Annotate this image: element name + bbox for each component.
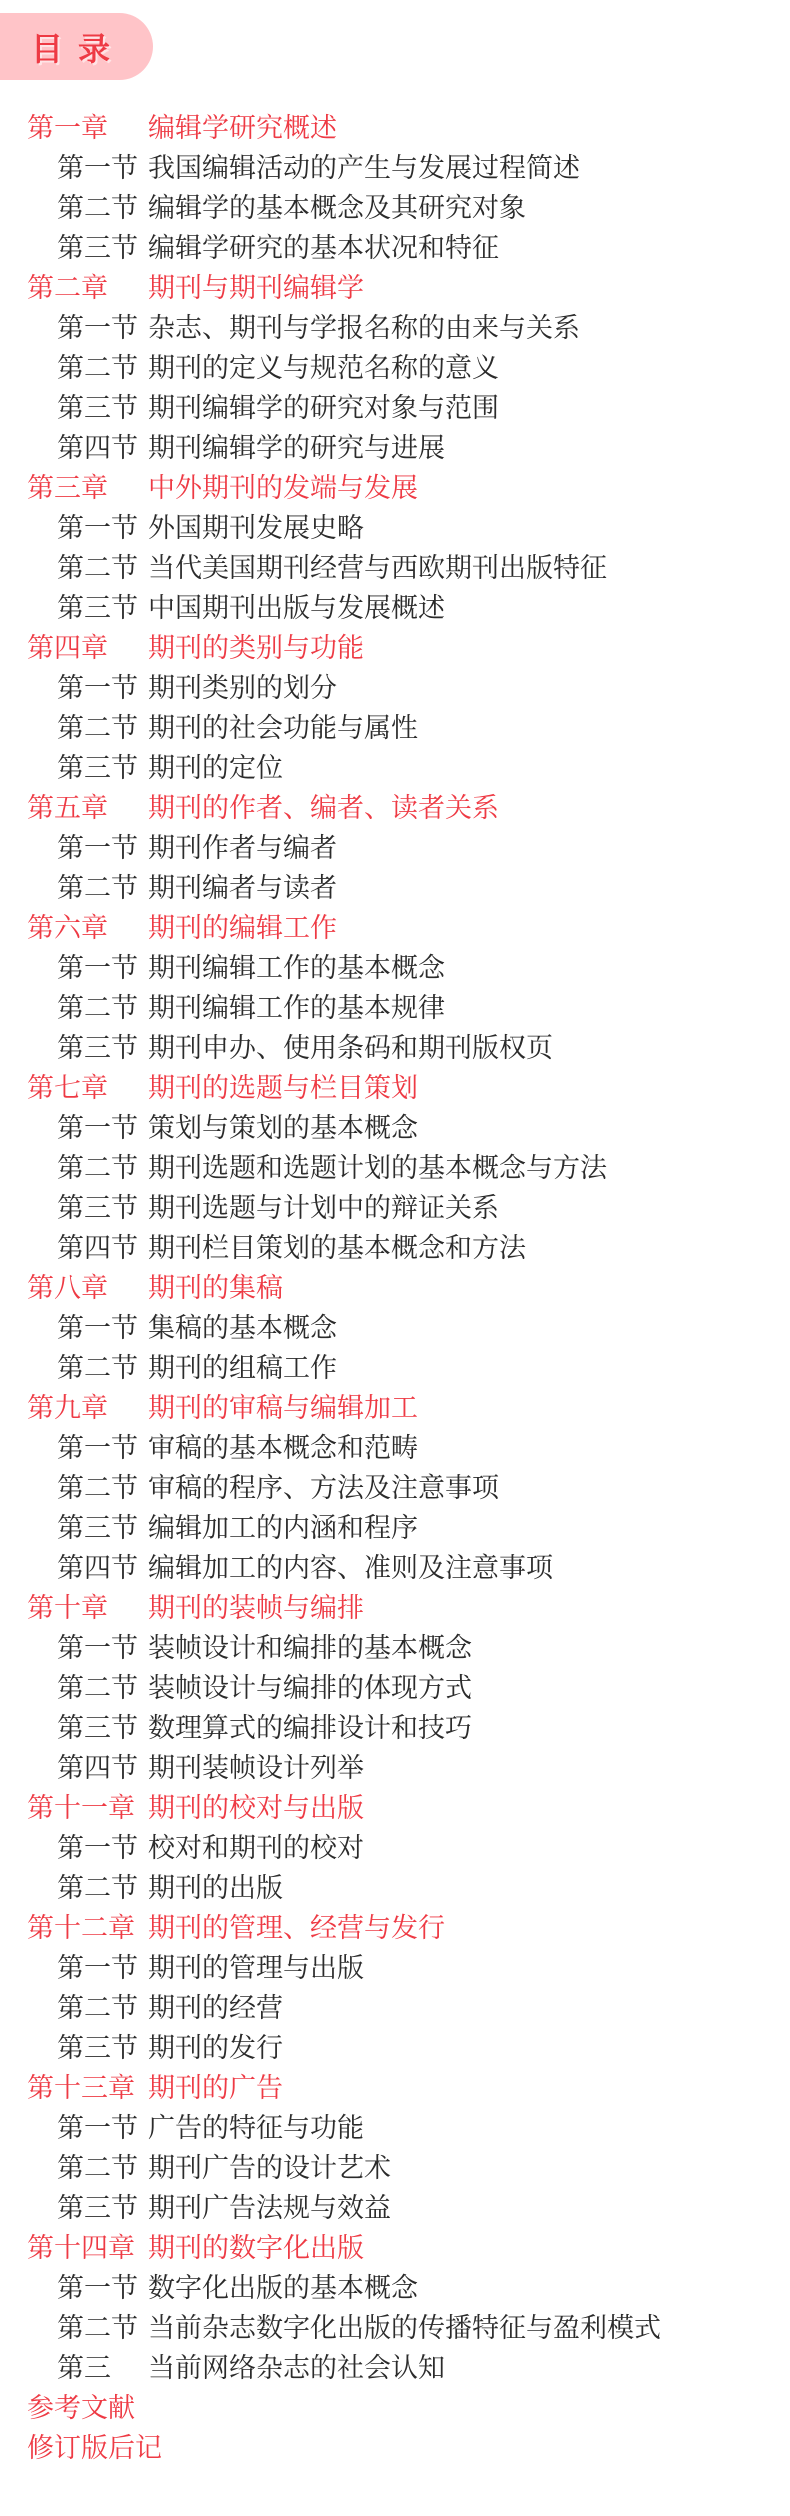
toc-chapter-row[interactable]: 第十二章 期刊的管理、经营与发行 xyxy=(0,1908,790,1948)
toc-section-row[interactable]: 第一节 审稿的基本概念和范畴 xyxy=(0,1428,790,1468)
toc-section-number: 第一节 xyxy=(57,948,148,988)
toc-section-row[interactable]: 第三节 编辑加工的内涵和程序 xyxy=(0,1508,790,1548)
toc-section-row[interactable]: 第一节 广告的特征与功能 xyxy=(0,2108,790,2148)
toc-chapter-title: 期刊的集稿 xyxy=(148,1268,283,1308)
toc-section-title: 编辑加工的内容、准则及注意事项 xyxy=(148,1548,553,1588)
toc-section-row[interactable]: 第三节 期刊申办、使用条码和期刊版权页 xyxy=(0,1028,790,1068)
toc-section-row[interactable]: 第四节 编辑加工的内容、准则及注意事项 xyxy=(0,1548,790,1588)
toc-section-number: 第三节 xyxy=(57,1708,148,1748)
toc-section-title: 数字化出版的基本概念 xyxy=(148,2268,418,2308)
toc-section-title: 期刊编者与读者 xyxy=(148,868,337,908)
toc-section-number: 第三节 xyxy=(57,1188,148,1228)
toc-chapter-number: 第六章 xyxy=(27,908,148,948)
toc-chapter-number: 第七章 xyxy=(27,1068,148,1108)
toc-chapter-row[interactable]: 第七章 期刊的选题与栏目策划 xyxy=(0,1068,790,1108)
toc-section-number: 第二节 xyxy=(57,1868,148,1908)
toc-chapter-row[interactable]: 第六章 期刊的编辑工作 xyxy=(0,908,790,948)
toc-chapter-number: 第五章 xyxy=(27,788,148,828)
toc-chapter-title: 期刊的广告 xyxy=(148,2068,283,2108)
toc-section-row[interactable]: 第一节 装帧设计和编排的基本概念 xyxy=(0,1628,790,1668)
toc-back-matter-title: 参考文献 xyxy=(27,2388,135,2428)
toc-section-title: 期刊编辑工作的基本规律 xyxy=(148,988,445,1028)
toc-section-row[interactable]: 第三节 数理算式的编排设计和技巧 xyxy=(0,1708,790,1748)
toc-section-number: 第二节 xyxy=(57,548,148,588)
toc-section-number: 第一节 xyxy=(57,2268,148,2308)
toc-section-row[interactable]: 第一节 杂志、期刊与学报名称的由来与关系 xyxy=(0,308,790,348)
toc-chapter-title: 期刊的校对与出版 xyxy=(148,1788,364,1828)
toc-section-number: 第四节 xyxy=(57,1748,148,1788)
toc-chapter-title: 期刊的作者、编者、读者关系 xyxy=(148,788,499,828)
toc-chapter-number: 第八章 xyxy=(27,1268,148,1308)
toc-section-title: 期刊编辑学的研究与进展 xyxy=(148,428,445,468)
toc-section-number: 第三节 xyxy=(57,588,148,628)
toc-section-row[interactable]: 第一节 外国期刊发展史略 xyxy=(0,508,790,548)
toc-section-title: 中国期刊出版与发展概述 xyxy=(148,588,445,628)
toc-back-matter-row[interactable]: 参考文献 xyxy=(0,2388,790,2428)
toc-section-title: 期刊的发行 xyxy=(148,2028,283,2068)
toc-section-title: 装帧设计与编排的体现方式 xyxy=(148,1668,472,1708)
toc-section-number: 第二节 xyxy=(57,1348,148,1388)
toc-chapter-row[interactable]: 第三章 中外期刊的发端与发展 xyxy=(0,468,790,508)
toc-chapter-number: 第一章 xyxy=(27,108,148,148)
toc-chapter-row[interactable]: 第四章 期刊的类别与功能 xyxy=(0,628,790,668)
toc-section-title: 期刊选题与计划中的辩证关系 xyxy=(148,1188,499,1228)
toc-section-number: 第二节 xyxy=(57,2308,148,2348)
toc-section-title: 杂志、期刊与学报名称的由来与关系 xyxy=(148,308,580,348)
page-title: 目录 xyxy=(31,24,125,70)
toc-chapter-title: 中外期刊的发端与发展 xyxy=(148,468,418,508)
toc-section-row[interactable]: 第二节 期刊的定义与规范名称的意义 xyxy=(0,348,790,388)
toc-section-number: 第一节 xyxy=(57,2108,148,2148)
toc-section-number: 第三节 xyxy=(57,228,148,268)
toc-section-number: 第四节 xyxy=(57,1228,148,1268)
toc-section-row[interactable]: 第二节 审稿的程序、方法及注意事项 xyxy=(0,1468,790,1508)
toc-section-row[interactable]: 第一节 集稿的基本概念 xyxy=(0,1308,790,1348)
toc-section-title: 当代美国期刊经营与西欧期刊出版特征 xyxy=(148,548,607,588)
toc-section-number: 第四节 xyxy=(57,428,148,468)
toc-section-title: 广告的特征与功能 xyxy=(148,2108,364,2148)
toc-section-row[interactable]: 第二节 编辑学的基本概念及其研究对象 xyxy=(0,188,790,228)
toc-section-number: 第一节 xyxy=(57,828,148,868)
toc-section-number: 第三节 xyxy=(57,1028,148,1068)
toc-section-title: 编辑学的基本概念及其研究对象 xyxy=(148,188,526,228)
toc-section-number: 第二节 xyxy=(57,1468,148,1508)
toc-chapter-number: 第九章 xyxy=(27,1388,148,1428)
toc-section-number: 第三节 xyxy=(57,2028,148,2068)
toc-section-title: 校对和期刊的校对 xyxy=(148,1828,364,1868)
toc-chapter-title: 期刊的类别与功能 xyxy=(148,628,364,668)
toc-chapter-number: 第四章 xyxy=(27,628,148,668)
toc-section-row[interactable]: 第三节 期刊的定位 xyxy=(0,748,790,788)
toc-chapter-row[interactable]: 第十一章 期刊的校对与出版 xyxy=(0,1788,790,1828)
toc-section-row[interactable]: 第二节 装帧设计与编排的体现方式 xyxy=(0,1668,790,1708)
toc-list: 第一章 编辑学研究概述 第一节 我国编辑活动的产生与发展过程简述 第二节 编辑学… xyxy=(0,108,790,2468)
toc-chapter-number: 第二章 xyxy=(27,268,148,308)
toc-section-title: 期刊的组稿工作 xyxy=(148,1348,337,1388)
toc-section-number: 第一节 xyxy=(57,1308,148,1348)
toc-chapter-number: 第十二章 xyxy=(27,1908,148,1948)
toc-section-title: 集稿的基本概念 xyxy=(148,1308,337,1348)
toc-chapter-row[interactable]: 第五章 期刊的作者、编者、读者关系 xyxy=(0,788,790,828)
toc-section-row[interactable]: 第三节 中国期刊出版与发展概述 xyxy=(0,588,790,628)
toc-section-title: 期刊的管理与出版 xyxy=(148,1948,364,1988)
toc-section-title: 期刊广告法规与效益 xyxy=(148,2188,391,2228)
toc-section-row[interactable]: 第一节 期刊编辑工作的基本概念 xyxy=(0,948,790,988)
toc-section-row[interactable]: 第三 当前网络杂志的社会认知 xyxy=(0,2348,790,2388)
toc-section-number: 第二节 xyxy=(57,1668,148,1708)
toc-section-number: 第三节 xyxy=(57,2188,148,2228)
toc-section-row[interactable]: 第三节 期刊广告法规与效益 xyxy=(0,2188,790,2228)
toc-section-title: 当前网络杂志的社会认知 xyxy=(148,2348,445,2388)
toc-chapter-number: 第三章 xyxy=(27,468,148,508)
toc-section-number: 第二节 xyxy=(57,988,148,1028)
toc-section-number: 第一节 xyxy=(57,1948,148,1988)
toc-section-row[interactable]: 第二节 期刊编辑工作的基本规律 xyxy=(0,988,790,1028)
toc-section-title: 期刊作者与编者 xyxy=(148,828,337,868)
toc-chapter-title: 期刊的装帧与编排 xyxy=(148,1588,364,1628)
toc-section-number: 第二节 xyxy=(57,1988,148,2028)
toc-chapter-row[interactable]: 第八章 期刊的集稿 xyxy=(0,1268,790,1308)
toc-section-title: 编辑加工的内涵和程序 xyxy=(148,1508,418,1548)
toc-section-title: 策划与策划的基本概念 xyxy=(148,1108,418,1148)
toc-badge: 目录 xyxy=(0,13,153,80)
toc-section-row[interactable]: 第二节 期刊的出版 xyxy=(0,1868,790,1908)
toc-section-title: 期刊选题和选题计划的基本概念与方法 xyxy=(148,1148,607,1188)
toc-section-row[interactable]: 第三节 期刊的发行 xyxy=(0,2028,790,2068)
toc-section-title: 期刊的定义与规范名称的意义 xyxy=(148,348,499,388)
toc-section-title: 期刊编辑工作的基本概念 xyxy=(148,948,445,988)
toc-section-title: 期刊的社会功能与属性 xyxy=(148,708,418,748)
toc-chapter-title: 期刊的数字化出版 xyxy=(148,2228,364,2268)
toc-section-row[interactable]: 第一节 期刊的管理与出版 xyxy=(0,1948,790,1988)
toc-section-number: 第一节 xyxy=(57,308,148,348)
toc-chapter-title: 期刊的选题与栏目策划 xyxy=(148,1068,418,1108)
toc-section-row[interactable]: 第一节 我国编辑活动的产生与发展过程简述 xyxy=(0,148,790,188)
toc-section-row[interactable]: 第二节 期刊编者与读者 xyxy=(0,868,790,908)
toc-section-row[interactable]: 第四节 期刊装帧设计列举 xyxy=(0,1748,790,1788)
toc-section-row[interactable]: 第二节 期刊广告的设计艺术 xyxy=(0,2148,790,2188)
toc-section-row[interactable]: 第四节 期刊栏目策划的基本概念和方法 xyxy=(0,1228,790,1268)
toc-section-title: 编辑学研究的基本状况和特征 xyxy=(148,228,499,268)
toc-section-title: 期刊的定位 xyxy=(148,748,283,788)
toc-chapter-number: 第十章 xyxy=(27,1588,148,1628)
toc-chapter-title: 期刊与期刊编辑学 xyxy=(148,268,364,308)
toc-section-row[interactable]: 第二节 期刊的组稿工作 xyxy=(0,1348,790,1388)
toc-section-row[interactable]: 第二节 期刊的经营 xyxy=(0,1988,790,2028)
toc-section-number: 第一节 xyxy=(57,148,148,188)
toc-section-number: 第三节 xyxy=(57,388,148,428)
toc-back-matter-row[interactable]: 修订版后记 xyxy=(0,2428,790,2468)
toc-chapter-row[interactable]: 第九章 期刊的审稿与编辑加工 xyxy=(0,1388,790,1428)
toc-chapter-row[interactable]: 第一章 编辑学研究概述 xyxy=(0,108,790,148)
toc-chapter-number: 第十一章 xyxy=(27,1788,148,1828)
toc-section-row[interactable]: 第一节 期刊类别的划分 xyxy=(0,668,790,708)
toc-chapter-title: 期刊的编辑工作 xyxy=(148,908,337,948)
toc-chapter-number: 第十三章 xyxy=(27,2068,148,2108)
toc-section-number: 第三节 xyxy=(57,1508,148,1548)
toc-section-row[interactable]: 第一节 数字化出版的基本概念 xyxy=(0,2268,790,2308)
toc-section-number: 第三 xyxy=(57,2348,148,2388)
toc-section-number: 第二节 xyxy=(57,1148,148,1188)
toc-section-number: 第三节 xyxy=(57,748,148,788)
toc-section-number: 第一节 xyxy=(57,508,148,548)
toc-section-title: 外国期刊发展史略 xyxy=(148,508,364,548)
toc-section-row[interactable]: 第三节 期刊编辑学的研究对象与范围 xyxy=(0,388,790,428)
toc-section-number: 第一节 xyxy=(57,1108,148,1148)
toc-section-number: 第二节 xyxy=(57,868,148,908)
toc-section-title: 期刊编辑学的研究对象与范围 xyxy=(148,388,499,428)
toc-section-number: 第一节 xyxy=(57,1628,148,1668)
toc-chapter-title: 期刊的管理、经营与发行 xyxy=(148,1908,445,1948)
toc-section-number: 第二节 xyxy=(57,188,148,228)
toc-chapter-row[interactable]: 第二章 期刊与期刊编辑学 xyxy=(0,268,790,308)
toc-chapter-title: 期刊的审稿与编辑加工 xyxy=(148,1388,418,1428)
toc-section-number: 第二节 xyxy=(57,348,148,388)
toc-chapter-row[interactable]: 第十章 期刊的装帧与编排 xyxy=(0,1588,790,1628)
toc-section-number: 第二节 xyxy=(57,708,148,748)
toc-section-row[interactable]: 第一节 策划与策划的基本概念 xyxy=(0,1108,790,1148)
toc-chapter-row[interactable]: 第十三章 期刊的广告 xyxy=(0,2068,790,2108)
toc-chapter-row[interactable]: 第十四章 期刊的数字化出版 xyxy=(0,2228,790,2268)
toc-section-row[interactable]: 第四节 期刊编辑学的研究与进展 xyxy=(0,428,790,468)
toc-chapter-number: 第十四章 xyxy=(27,2228,148,2268)
toc-section-number: 第一节 xyxy=(57,668,148,708)
toc-section-row[interactable]: 第一节 校对和期刊的校对 xyxy=(0,1828,790,1868)
toc-section-row[interactable]: 第二节 当代美国期刊经营与西欧期刊出版特征 xyxy=(0,548,790,588)
toc-section-number: 第一节 xyxy=(57,1828,148,1868)
toc-section-title: 当前杂志数字化出版的传播特征与盈利模式 xyxy=(148,2308,661,2348)
toc-section-title: 期刊栏目策划的基本概念和方法 xyxy=(148,1228,526,1268)
toc-section-title: 期刊的出版 xyxy=(148,1868,283,1908)
toc-section-number: 第四节 xyxy=(57,1548,148,1588)
toc-section-row[interactable]: 第二节 当前杂志数字化出版的传播特征与盈利模式 xyxy=(0,2308,790,2348)
toc-section-row[interactable]: 第三节 编辑学研究的基本状况和特征 xyxy=(0,228,790,268)
toc-section-row[interactable]: 第一节 期刊作者与编者 xyxy=(0,828,790,868)
toc-section-row[interactable]: 第三节 期刊选题与计划中的辩证关系 xyxy=(0,1188,790,1228)
toc-section-title: 审稿的程序、方法及注意事项 xyxy=(148,1468,499,1508)
toc-section-number: 第二节 xyxy=(57,2148,148,2188)
toc-section-title: 期刊申办、使用条码和期刊版权页 xyxy=(148,1028,553,1068)
toc-section-row[interactable]: 第二节 期刊的社会功能与属性 xyxy=(0,708,790,748)
toc-section-title: 审稿的基本概念和范畴 xyxy=(148,1428,418,1468)
toc-section-title: 我国编辑活动的产生与发展过程简述 xyxy=(148,148,580,188)
toc-section-title: 装帧设计和编排的基本概念 xyxy=(148,1628,472,1668)
toc-back-matter-title: 修订版后记 xyxy=(27,2428,162,2468)
toc-section-title: 期刊的经营 xyxy=(148,1988,283,2028)
toc-section-number: 第一节 xyxy=(57,1428,148,1468)
toc-section-title: 数理算式的编排设计和技巧 xyxy=(148,1708,472,1748)
toc-section-title: 期刊类别的划分 xyxy=(148,668,337,708)
toc-chapter-title: 编辑学研究概述 xyxy=(148,108,337,148)
toc-section-title: 期刊广告的设计艺术 xyxy=(148,2148,391,2188)
toc-section-row[interactable]: 第二节 期刊选题和选题计划的基本概念与方法 xyxy=(0,1148,790,1188)
toc-section-title: 期刊装帧设计列举 xyxy=(148,1748,364,1788)
